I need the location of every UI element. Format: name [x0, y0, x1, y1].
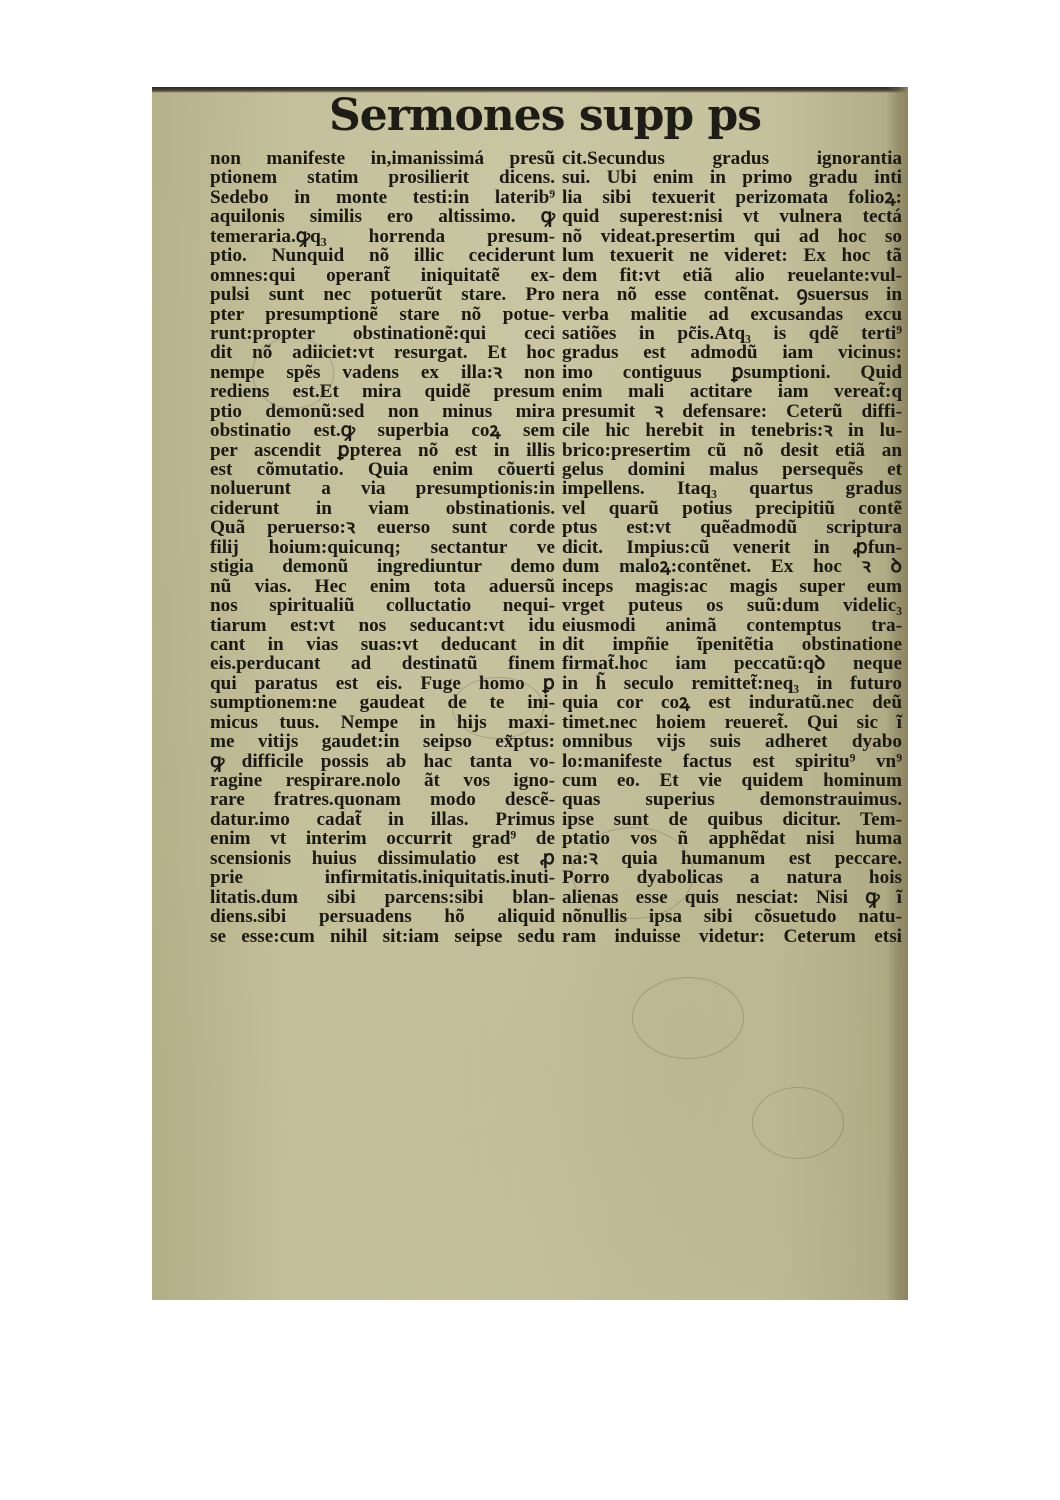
text-line: ciderunt in viam obstinationis. [210, 499, 555, 518]
running-head: Sermones supp ps [152, 87, 908, 149]
text-line: se esse:cum nihil sit:iam seipse sedu [210, 927, 555, 946]
text-line: ipse sunt de quibus dicitur. Tem- [562, 810, 902, 829]
text-line: rare fratres.quonam modo descẽ- [210, 790, 555, 809]
text-line: non manifeste in,imanissimá presũ [210, 149, 555, 168]
text-line: nõnullis ipsa sibi cõsuetudo natu- [562, 907, 902, 926]
text-line: vrget puteus os suũ:dum videlic₃ [562, 596, 902, 615]
text-line: ram induisse videtur: Ceterum etsi [562, 927, 902, 946]
text-line: cum eo. Et vie quidem hominum [562, 771, 902, 790]
text-line: dum maloꝝ:contẽnet. Ex hoc ꝛ ꝺ [562, 557, 902, 576]
text-line: lum texuerit ne videret: Ex hoc tã [562, 246, 902, 265]
text-line: lia sibi texuerit perizomata folioꝝ: [562, 188, 902, 207]
text-line: ptionem statim prosilierit dicens. [210, 168, 555, 187]
text-line: impellens. Itaq₃ quartus gradus [562, 479, 902, 498]
text-line: brico:presertim cũ nõ desit etiã an [562, 441, 902, 460]
text-line: sui. Ubi enim in primo gradu inti [562, 168, 902, 187]
text-line: eis.perducant ad destinatũ finem [210, 654, 555, 673]
text-line: micus tuus. Nempe in hijs maxi- [210, 713, 555, 732]
text-line: cant in vias suas:vt deducant in [210, 635, 555, 654]
text-line: cit.Secundus gradus ignorantia [562, 149, 902, 168]
text-line: enim mali actitare iam vereat̃:q [562, 382, 902, 401]
text-line: quia cor coꝝ est induratũ.nec deũ [562, 693, 902, 712]
text-line: imo contiguus ꝑsumptioni. Quid [562, 363, 902, 382]
text-line: aquilonis similis ero altissimo. ꝙ [210, 207, 555, 226]
text-line: vel quarũ potius precipitiũ contẽ [562, 499, 902, 518]
text-line: sumptionem:ne gaudeat de te ini- [210, 693, 555, 712]
text-line: scensionis huius dissimulatio est ꝓ [210, 849, 555, 868]
text-column-right: cit.Secundus gradus ignorantia sui. Ubi … [562, 149, 902, 946]
text-line: tiarum est:vt nos seducant:vt idu [210, 616, 555, 635]
text-line: obstinatio est.ꝙ superbia coꝝ sem [210, 421, 555, 440]
text-line: alienas esse quis nesciat: Nisi ꝙ ĩ [562, 888, 902, 907]
text-line: enim vt interim occurrit grad⁹ de [210, 829, 555, 848]
text-line: dit nõ adiiciet:vt resurgat. Et hoc [210, 343, 555, 362]
text-column-left: non manifeste in,imanissimá presũ ptione… [210, 149, 555, 946]
text-line: rediens est.Et mira quidẽ presum [210, 382, 555, 401]
text-line: Quã peruerso:ꝛ euerso sunt corde [210, 518, 555, 537]
text-line: timet.nec hoiem reueret̃. Qui sic ĩ [562, 713, 902, 732]
text-line: nera nõ esse contẽnat. ꝯsuersus in [562, 285, 902, 304]
text-line: runt:propter obstinationẽ:qui ceci [210, 324, 555, 343]
text-line: nos spiritualiũ colluctatio nequi- [210, 596, 555, 615]
text-line: dem fit:vt etiã alio reuelante:vul- [562, 266, 902, 285]
text-line: lo:manifeste factus est spiritu⁹ vn⁹ [562, 752, 902, 771]
text-line: ꝙ difficile possis ab hac tanta vo- [210, 752, 555, 771]
text-line: omnes:qui operant̃ iniquitatẽ ex- [210, 266, 555, 285]
text-line: diens.sibi persuadens hõ aliquid [210, 907, 555, 926]
text-line: noluerunt a via presumptionis:in [210, 479, 555, 498]
text-line: nempe spẽs vadens ex illa:ꝛ non [210, 363, 555, 382]
text-line: na:ꝛ quia humanum est peccare. [562, 849, 902, 868]
text-line: datur.imo cadat̃ in illas. Primus [210, 810, 555, 829]
text-line: gelus domini malus persequẽs et [562, 460, 902, 479]
text-line: in h̃ seculo remittet̃:neq₃ in futuro [562, 674, 902, 693]
text-line: pter presumptionẽ stare nõ potue- [210, 305, 555, 324]
text-line: dicit. Impius:cũ venerit in ꝓfun- [562, 538, 902, 557]
text-line: firmat̃.hoc iam peccatũ:qꝺ neque [562, 654, 902, 673]
text-line: nũ vias. Hec enim tota aduersũ [210, 577, 555, 596]
watermark-stamp-icon [632, 977, 744, 1059]
text-line: pulsi sunt nec potuerũt stare. Pro [210, 285, 555, 304]
text-line: cile hic herebit in tenebris:ꝛ in lu- [562, 421, 902, 440]
text-line: Porro dyabolicas a natura hois [562, 868, 902, 887]
text-line: est cõmutatio. Quia enim cõuerti [210, 460, 555, 479]
text-line: inceps magis:ac magis super eum [562, 577, 902, 596]
text-line: per ascendit ꝑpterea nõ est in illis [210, 441, 555, 460]
text-line: quas superius demonstrauimus. [562, 790, 902, 809]
text-line: ptus est:vt quẽadmodũ scriptura [562, 518, 902, 537]
text-line: litatis.dum sibi parcens:sibi blan- [210, 888, 555, 907]
text-line: Sedebo in monte testi:in laterib⁹ [210, 188, 555, 207]
text-line: presumit ꝛ defensare: Ceterũ diffi- [562, 402, 902, 421]
text-line: quid superest:nisi vt vulnera tectá [562, 207, 902, 226]
text-line: gradus est admodũ iam vicinus: [562, 343, 902, 362]
text-line: ptio. Nunquid nõ illic ceciderunt [210, 246, 555, 265]
text-line: ptatio vos ñ apphẽdat nisi huma [562, 829, 902, 848]
text-line: qui paratus est eis. Fuge homo ꝑ [210, 674, 555, 693]
text-line: ptio demonũ:sed non minus mira [210, 402, 555, 421]
text-line: dit impñie ĩpenitẽtia obstinatione [562, 635, 902, 654]
text-line: omnibus vijs suis adheret dyabo [562, 732, 902, 751]
text-line: filij hoium:quicunq; sectantur ve [210, 538, 555, 557]
text-line: prie infirmitatis.iniquitatis.inuti- [210, 868, 555, 887]
text-line: ragine respirare.nolo ãt vos igno- [210, 771, 555, 790]
text-line: temeraria.ꝙq₃ horrenda presum- [210, 227, 555, 246]
text-line: satiões in pc̃is.Atq₃ is qdẽ terti⁹ [562, 324, 902, 343]
text-line: nõ videat.presertim qui ad hoc so [562, 227, 902, 246]
text-line: eiusmodi animã contemptus tra- [562, 616, 902, 635]
text-line: me vitijs gaudet:in seipso ex̃ptus: [210, 732, 555, 751]
watermark-stamp-icon [752, 1087, 844, 1159]
text-line: verba malitie ad excusandas excu [562, 305, 902, 324]
book-page: Sermones supp ps non manifeste in,imanis… [152, 87, 908, 1300]
text-line: stigia demonũ ingrediuntur demo [210, 557, 555, 576]
